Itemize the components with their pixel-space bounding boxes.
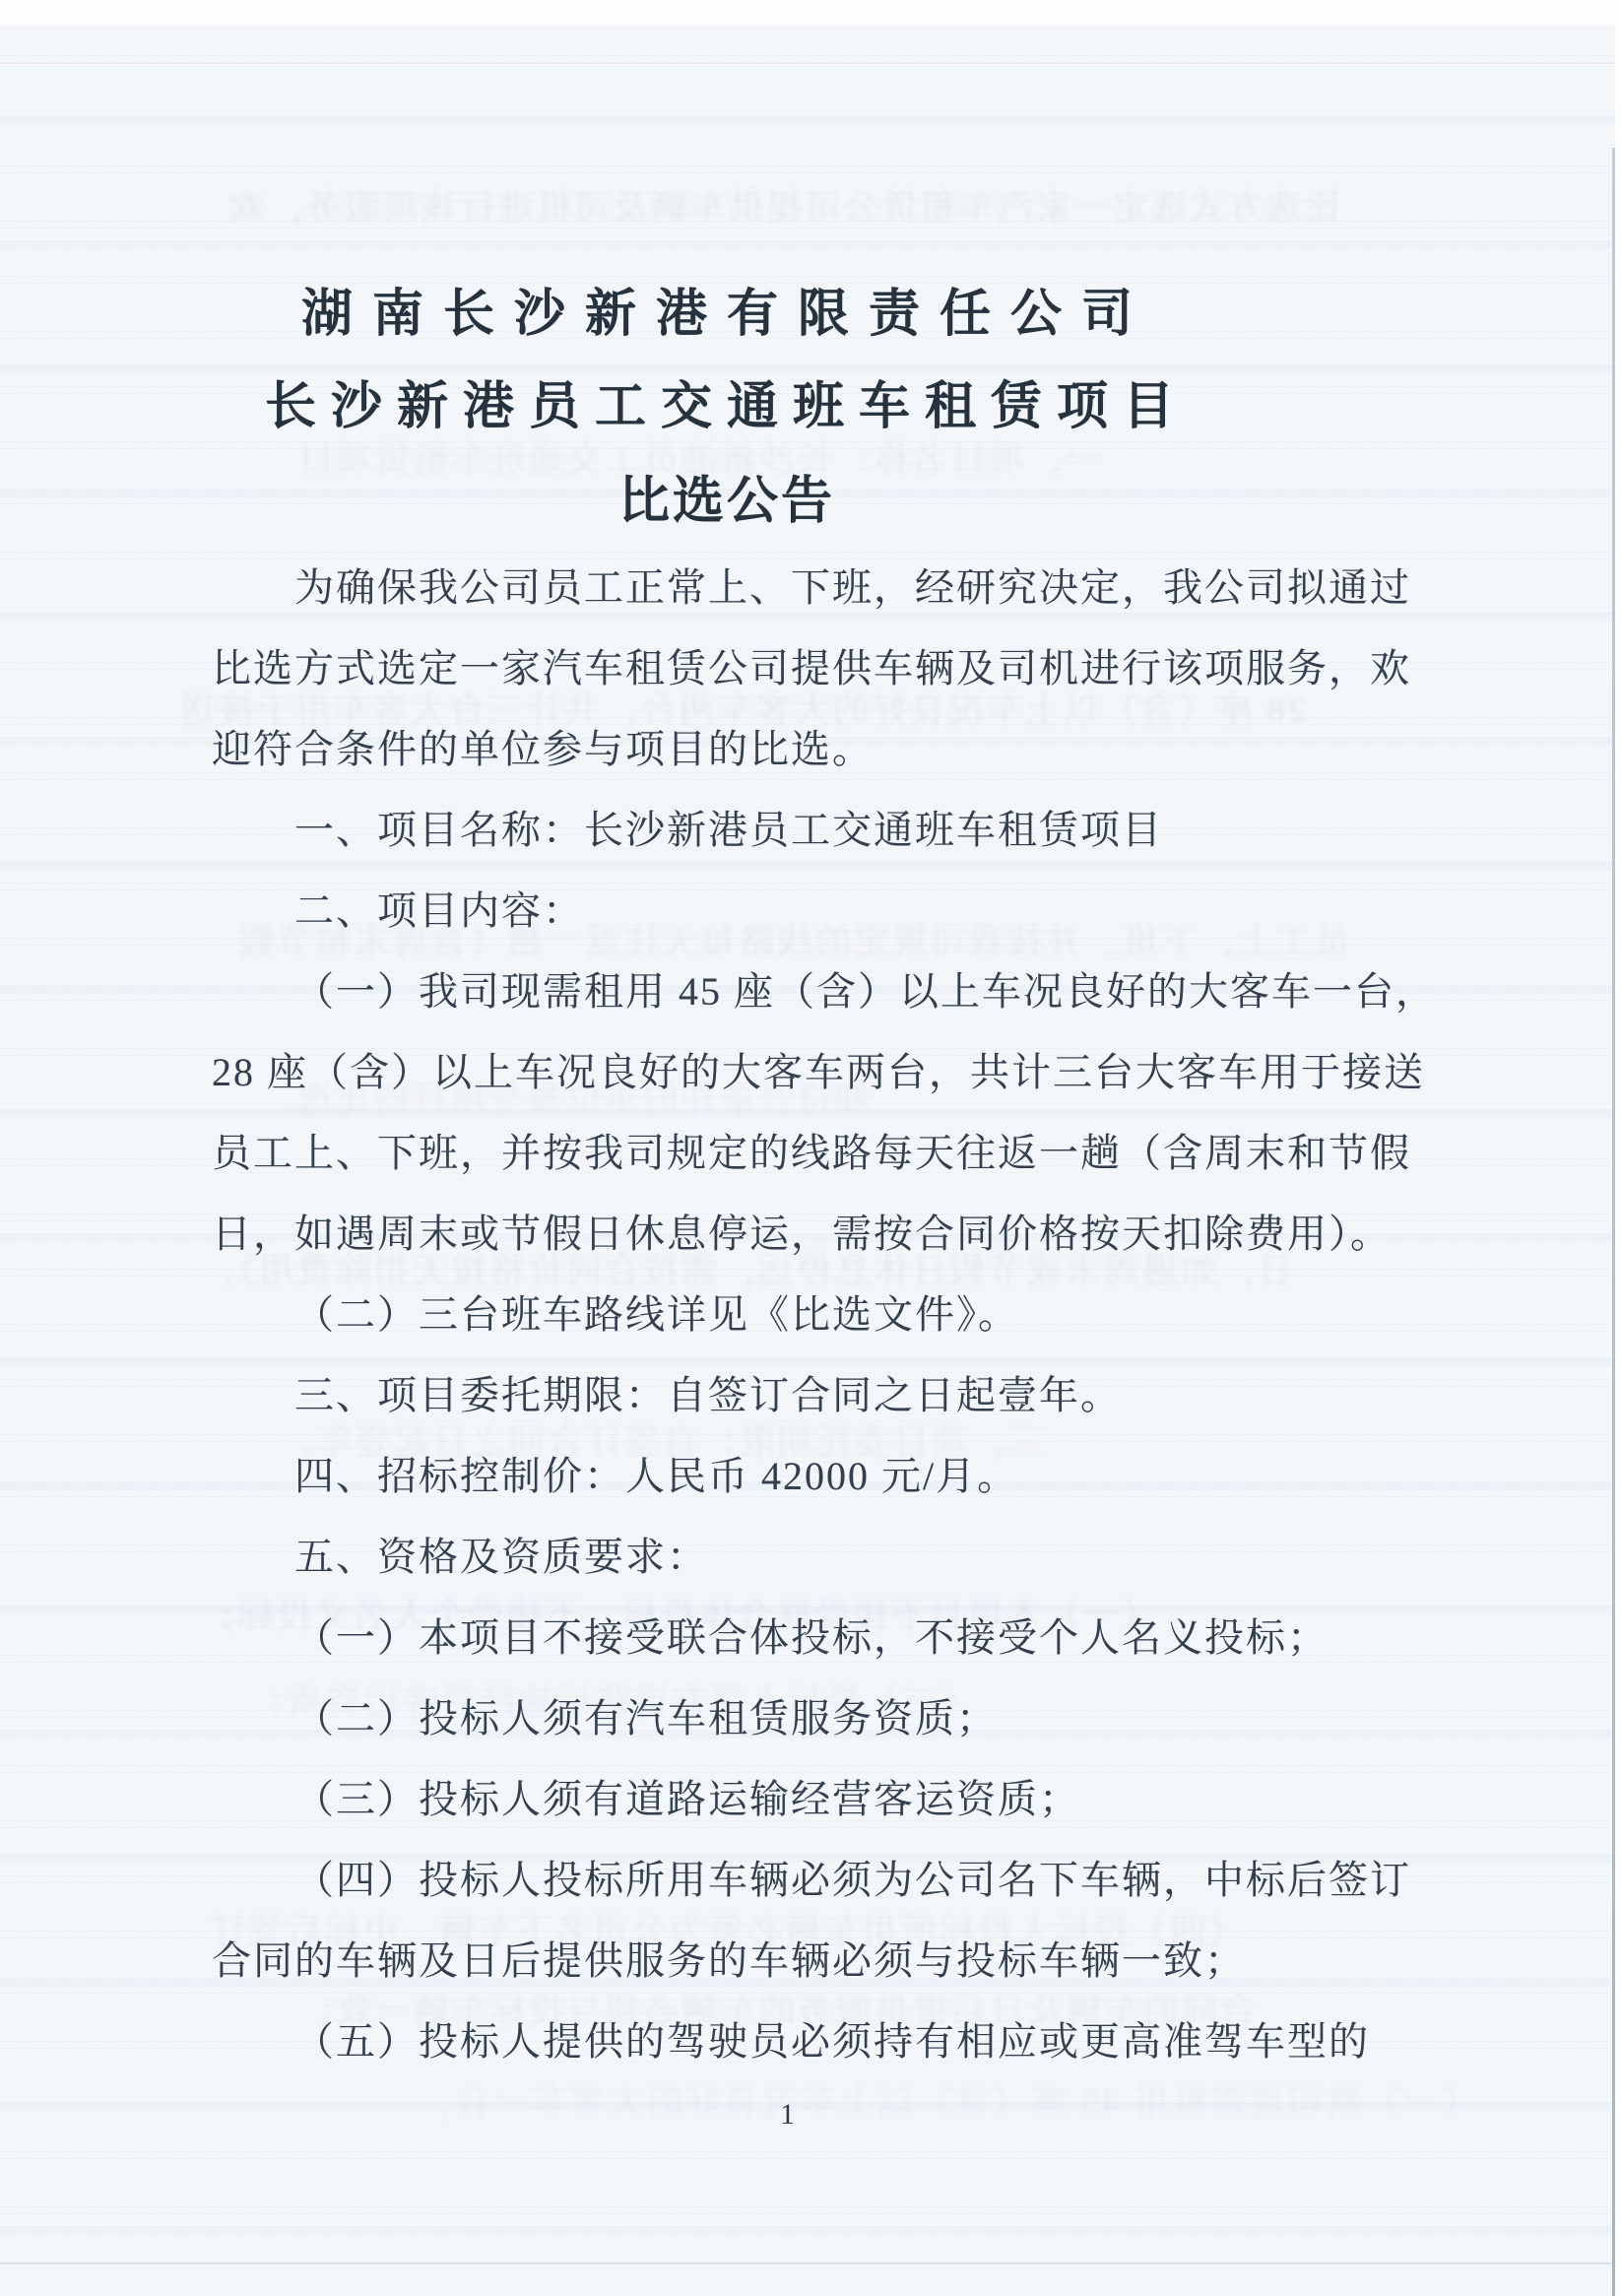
body-line: 比选方式选定一家汽车租赁公司提供车辆及司机进行该项服务，欢 (212, 628, 1428, 709)
body-line: （二）投标人须有汽车租赁服务资质； (212, 1678, 1428, 1759)
body-line: 五、资格及资质要求： (212, 1517, 1428, 1598)
scan-edge-margin (1615, 0, 1621, 2296)
scan-bottom-line (0, 2263, 1621, 2264)
body-line: 合同的车辆及日后提供服务的车辆必须与投标车辆一致； (212, 1921, 1428, 2001)
page-number: 1 (780, 2098, 795, 2132)
doc-title-company: 湖南长沙新港有限责任公司 (0, 272, 1537, 346)
doc-title-announcement: 比选公告 (0, 459, 1537, 533)
body-line: 迎符合条件的单位参与项目的比选。 (212, 709, 1428, 790)
body-line: 二、项目内容： (212, 871, 1428, 951)
scan-top-strip (0, 0, 1621, 26)
body-line: 四、招标控制价：人民币 42000 元/月。 (212, 1436, 1428, 1517)
body-line: 三、项目委托期限：自签订合同之日起壹年。 (212, 1355, 1428, 1436)
body-line: （五）投标人提供的驾驶员必须持有相应或更高准驾车型的 (212, 2001, 1428, 2082)
bleed-through-text: 比选方式选定一家汽车租赁公司提供车辆及司机进行该项服务，欢 (227, 180, 1340, 230)
body-line: （三）投标人须有道路运输经营客运资质； (212, 1759, 1428, 1840)
body-text: 为确保我公司员工正常上、下班，经研究决定，我公司拟通过比选方式选定一家汽车租赁公… (212, 548, 1428, 2082)
scanned-page: 比选方式选定一家汽车租赁公司提供车辆及司机进行该项服务，欢一、项目名称：长沙新港… (0, 0, 1621, 2296)
body-line: 日，如遇周末或节假日休息停运，需按合同价格按天扣除费用）。 (212, 1194, 1428, 1275)
body-line: （四）投标人投标所用车辆必须为公司名下车辆，中标后签订 (212, 1840, 1428, 1921)
body-line: 一、项目名称：长沙新港员工交通班车租赁项目 (212, 790, 1428, 871)
body-line: （一）我司现需租用 45 座（含）以上车况良好的大客车一台， (212, 951, 1428, 1032)
body-line: （一）本项目不接受联合体投标，不接受个人名义投标； (212, 1598, 1428, 1678)
scan-artifact-line (0, 63, 1621, 64)
doc-title-project: 长沙新港员工交通班车租赁项目 (0, 364, 1537, 438)
body-line: 为确保我公司员工正常上、下班，经研究决定，我公司拟通过 (212, 548, 1428, 628)
body-line: 28 座（含）以上车况良好的大客车两台，共计三台大客车用于接送 (212, 1032, 1428, 1113)
body-line: （二）三台班车路线详见《比选文件》。 (212, 1275, 1428, 1355)
body-line: 员工上、下班，并按我司规定的线路每天往返一趟（含周末和节假 (212, 1113, 1428, 1194)
